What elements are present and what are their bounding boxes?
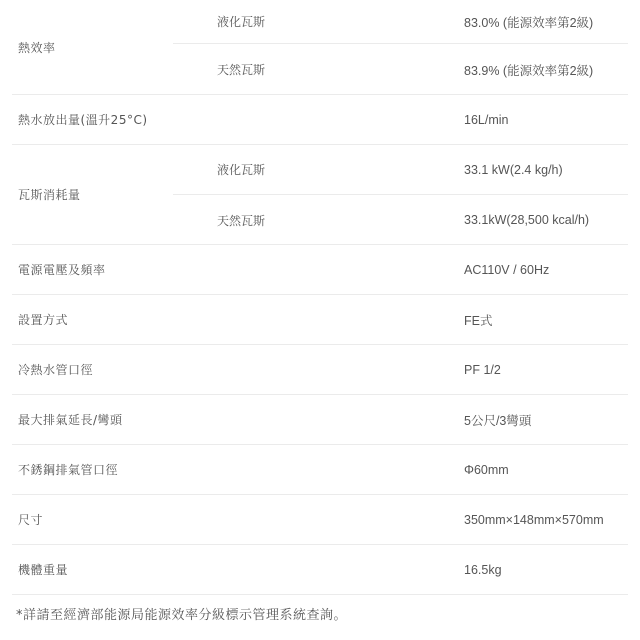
row-label: 冷熱水管口徑 xyxy=(18,345,93,394)
row-power: 電源電壓及頻率 AC110V / 60Hz xyxy=(12,245,628,295)
row-exhaust-pipe: 不銹鋼排氣管口徑 Φ60mm xyxy=(12,445,628,495)
row-label: 最大排氣延長/彎頭 xyxy=(18,395,123,444)
row-label: 機體重量 xyxy=(18,545,68,594)
row-value: 5公尺/3彎頭 xyxy=(464,395,531,444)
subrow-label: 液化瓦斯 xyxy=(217,0,265,43)
row-label: 不銹鋼排氣管口徑 xyxy=(18,445,118,494)
row-value: AC110V / 60Hz xyxy=(464,245,549,294)
row-label: 瓦斯消耗量 xyxy=(18,145,81,244)
row-value: 350mm×148mm×570mm xyxy=(464,495,604,544)
row-label: 電源電壓及頻率 xyxy=(18,245,106,294)
row-value: PF 1/2 xyxy=(464,345,501,394)
row-value: Φ60mm xyxy=(464,445,509,494)
row-value: 16L/min xyxy=(464,95,508,144)
row-value: 33.1kW(28,500 kcal/h) xyxy=(464,195,589,245)
row-label: 熱水放出量(溫升25°C) xyxy=(18,95,148,144)
row-gas-consumption: 瓦斯消耗量 液化瓦斯 33.1 kW(2.4 kg/h) 天然瓦斯 33.1kW… xyxy=(12,145,628,245)
subrow-ng: 天然瓦斯 83.9% (能源效率第2級) xyxy=(173,44,628,95)
row-label: 熱效率 xyxy=(18,0,56,94)
row-dimensions: 尺寸 350mm×148mm×570mm xyxy=(12,495,628,545)
subrow-lpg: 液化瓦斯 33.1 kW(2.4 kg/h) xyxy=(173,145,628,195)
subrow-label: 液化瓦斯 xyxy=(217,145,265,194)
row-value: FE式 xyxy=(464,295,492,344)
row-value: 33.1 kW(2.4 kg/h) xyxy=(464,145,563,194)
row-pipe-diameter: 冷熱水管口徑 PF 1/2 xyxy=(12,345,628,395)
subrow-lpg: 液化瓦斯 83.0% (能源效率第2級) xyxy=(173,0,628,44)
subrow-label: 天然瓦斯 xyxy=(217,44,265,95)
footnote: *詳請至經濟部能源局能源效率分級標示管理系統查詢。 xyxy=(16,604,347,623)
row-weight: 機體重量 16.5kg xyxy=(12,545,628,595)
row-label: 尺寸 xyxy=(18,495,43,544)
row-thermal-efficiency: 熱效率 液化瓦斯 83.0% (能源效率第2級) 天然瓦斯 83.9% (能源效… xyxy=(12,0,628,95)
row-value: 83.0% (能源效率第2級) xyxy=(464,0,593,43)
subrow-label: 天然瓦斯 xyxy=(217,195,265,245)
row-value: 16.5kg xyxy=(464,545,502,594)
row-hot-water-output: 熱水放出量(溫升25°C) 16L/min xyxy=(12,95,628,145)
spec-table: 熱效率 液化瓦斯 83.0% (能源效率第2級) 天然瓦斯 83.9% (能源效… xyxy=(12,0,628,595)
subrow-ng: 天然瓦斯 33.1kW(28,500 kcal/h) xyxy=(173,195,628,245)
row-installation: 設置方式 FE式 xyxy=(12,295,628,345)
row-max-exhaust: 最大排氣延長/彎頭 5公尺/3彎頭 xyxy=(12,395,628,445)
row-value: 83.9% (能源效率第2級) xyxy=(464,44,593,95)
row-label: 設置方式 xyxy=(18,295,68,344)
